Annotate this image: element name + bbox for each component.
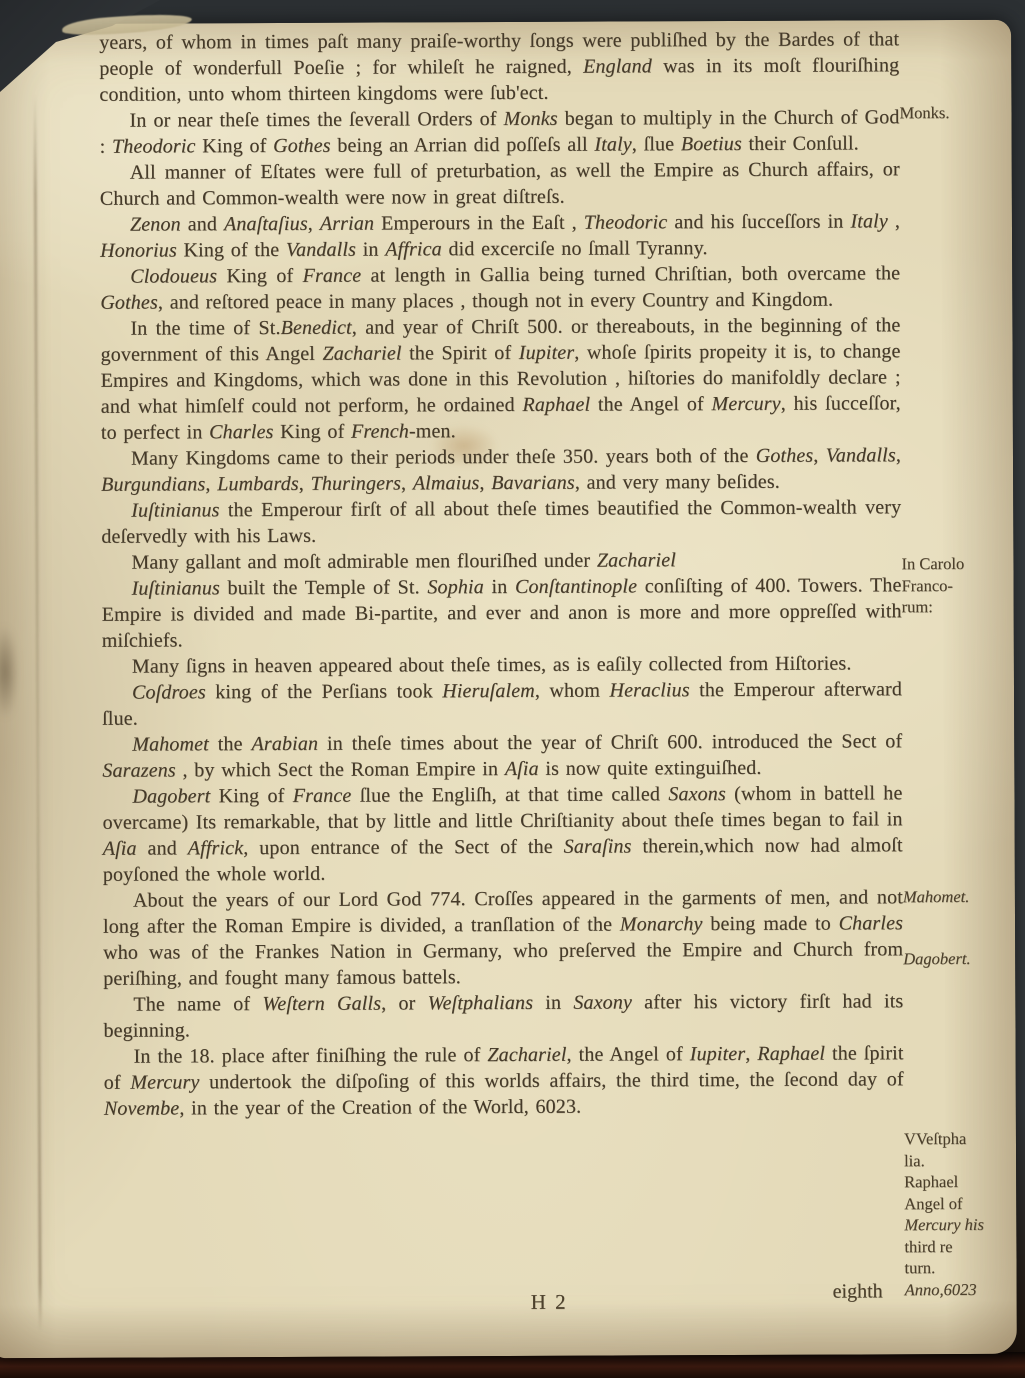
text-segment: Weſtphalians: [428, 992, 534, 1014]
margin-note-line: In Carolo: [901, 553, 1011, 575]
text-segment: being an Arrian did poſſeſs all: [331, 134, 595, 157]
text-segment: Heraclius: [609, 679, 689, 701]
text-segment: in: [356, 239, 385, 261]
margin-note-line: Anno,6023: [905, 1278, 1015, 1300]
margin-note-line: Mercury his: [904, 1214, 1014, 1236]
text-segment: Mercury: [711, 393, 780, 415]
text-segment: VVeſtpha: [904, 1129, 966, 1148]
text-segment: Italy: [594, 133, 632, 155]
text-segment: France: [303, 265, 362, 287]
text-segment: Dagobert: [132, 785, 210, 807]
text-segment: Many gallant and moſt admirable men flou…: [131, 550, 596, 574]
text-segment: Coſdroes: [132, 681, 206, 703]
text-segment: , and reſtored peace in many places , th…: [158, 289, 833, 314]
text-segment: Saraſins: [564, 835, 632, 857]
text-segment: Lumbards: [217, 473, 299, 495]
margin-note-line: third re: [904, 1235, 1014, 1257]
paper-crease: [33, 94, 41, 1332]
text-segment: Honorius: [100, 239, 177, 261]
text-segment: Raphael: [522, 394, 590, 416]
margin-note: Mahomet.: [903, 886, 1013, 908]
text-segment: Saxons: [668, 783, 726, 805]
text-segment: Iupiter: [690, 1043, 746, 1065]
text-segment: Bavarians: [491, 472, 575, 494]
text-segment: rum:: [902, 597, 933, 616]
text-segment: and: [181, 213, 224, 235]
text-segment: the Spirit of: [402, 342, 519, 365]
text-segment: in: [533, 992, 573, 1014]
paper-edge-smudge: [0, 624, 18, 720]
text-segment: Iuſtinianus: [132, 577, 220, 599]
text-segment: Saxony: [573, 991, 632, 1013]
text-segment: Aſia: [103, 838, 137, 860]
text-segment: Anaſtaſius: [224, 213, 308, 235]
text-segment: at length in Gallia being turned Chriſti…: [361, 262, 900, 286]
text-segment: being made to: [702, 913, 838, 936]
text-segment: King of: [273, 421, 351, 443]
text-segment: undertook the diſpoſing of this worlds a…: [199, 1068, 903, 1093]
text-segment: French: [351, 420, 409, 442]
paragraph: About the years of our Lord God 774. Cro…: [103, 884, 903, 991]
text-segment: ,: [896, 444, 901, 466]
text-segment: the Emperour firſt of all about theſe ti…: [101, 496, 901, 547]
paragraph: The name of Weſtern Galls, or Weſtphalia…: [103, 988, 903, 1043]
text-segment: Mercury: [130, 1071, 199, 1093]
text-segment: turn.: [904, 1258, 935, 1277]
text-segment: did excerciſe no ſmall Tyranny.: [442, 237, 708, 260]
margin-note-line: Angel of: [904, 1192, 1014, 1214]
text-segment: the: [209, 733, 252, 755]
text-segment: England: [583, 55, 652, 77]
text-segment: Anno,6023: [905, 1279, 977, 1298]
text-segment: , ſlue: [632, 133, 681, 155]
text-segment: King of: [217, 265, 303, 287]
margin-note: Monks.: [899, 102, 1009, 124]
text-segment: Novembe: [104, 1097, 180, 1119]
paragraph: Iuſtinianus the Emperour firſt of all ab…: [101, 494, 901, 549]
text-segment: , upon entrance of the Sect of the: [243, 836, 564, 859]
paragraph: Zenon and Anaſtaſius, Arrian Emperours i…: [100, 208, 900, 263]
catchword: eighth: [833, 1280, 883, 1303]
text-segment: Zachariel: [322, 342, 401, 364]
paragraph: In the 18. place after finiſhing the rul…: [104, 1040, 904, 1121]
text-segment: Iuſtinianus: [131, 499, 219, 521]
text-segment: , in the year of the Creation of the Wor…: [179, 1096, 581, 1120]
text-block: years, of whom in times paſt many praiſe…: [99, 26, 904, 1121]
text-segment: Angel of: [904, 1194, 962, 1213]
margin-note: VVeſtphalia.RaphaelAngel ofMercury histh…: [904, 1128, 1015, 1300]
text-segment: , by which Sect the Roman Empire in: [176, 758, 505, 781]
text-segment: lia.: [904, 1151, 925, 1170]
text-segment: In Carolo: [901, 554, 964, 573]
text-segment: third re: [904, 1237, 952, 1256]
text-segment: ,: [205, 473, 217, 495]
text-segment: Sarazens: [102, 759, 176, 781]
text-segment: ,: [299, 473, 311, 495]
text-segment: Theodoric: [112, 135, 196, 157]
margin-note-line: Dagobert.: [903, 948, 1013, 970]
margin-note-line: Mahomet.: [903, 886, 1013, 908]
text-segment: Almaius: [413, 472, 480, 494]
text-segment: their Conſull.: [742, 132, 859, 155]
text-segment: Affrica: [385, 238, 442, 260]
text-segment: and his ſucceſſors in: [667, 210, 850, 233]
paragraph: Many ſigns in heaven appeared about theſ…: [102, 650, 902, 679]
text-segment: King of the: [177, 239, 286, 261]
margin-note-line: Monks.: [899, 102, 1009, 124]
text-segment: ,: [813, 445, 826, 467]
text-segment: , the Angel of: [566, 1043, 689, 1066]
text-segment: King of: [196, 135, 274, 157]
text-segment: Charles: [209, 421, 273, 443]
text-segment: ,: [888, 210, 900, 232]
text-segment: Weſtern Galls: [262, 993, 381, 1016]
text-segment: Monarchy: [620, 913, 703, 935]
text-segment: Zachariel: [487, 1044, 566, 1066]
text-segment: Theodoric: [584, 211, 668, 233]
paragraph: years, of whom in times paſt many praiſe…: [99, 26, 899, 107]
text-segment: Benedict: [281, 317, 352, 339]
text-segment: and: [137, 837, 188, 859]
text-segment: Monks.: [899, 103, 949, 122]
text-segment: in: [484, 576, 515, 598]
margin-note-line: VVeſtpha: [904, 1128, 1014, 1150]
text-segment: King of: [210, 785, 293, 807]
text-segment: ſlue the Engliſh, at that time called: [351, 783, 668, 806]
text-segment: Zachariel: [597, 549, 676, 571]
text-segment: Monks: [504, 108, 558, 130]
text-segment: Emperours in the Eaſt ,: [374, 212, 584, 235]
text-segment: Many ſigns in heaven appeared about theſ…: [132, 652, 852, 677]
text-segment: in theſe times about the year of Chriſt …: [318, 730, 902, 755]
text-segment: king of the Perſians took: [206, 680, 443, 703]
text-segment: who was of the Frankes Nation in Germany…: [103, 938, 903, 989]
paper-page: years, of whom in times paſt many praiſe…: [0, 20, 1017, 1358]
paragraph: Coſdroes king of the Perſians took Hieru…: [102, 676, 902, 731]
margin-note-line: turn.: [904, 1257, 1014, 1279]
text-segment: , whom: [535, 680, 610, 702]
text-segment: Dagobert.: [903, 949, 970, 968]
text-segment: In or near theſe times the ſeverall Orde…: [129, 108, 503, 132]
text-segment: Boetius: [681, 133, 742, 155]
margin-note-line: Raphael: [904, 1171, 1014, 1193]
text-segment: the Angel of: [590, 393, 711, 416]
paragraph: Many Kingdoms came to their periods unde…: [101, 442, 901, 497]
text-segment: Italy: [850, 210, 888, 232]
text-segment: built the Temple of St.: [220, 576, 428, 599]
text-segment: ,: [308, 213, 320, 235]
margin-note-line: rum:: [902, 596, 1012, 618]
text-segment: ,: [745, 1043, 757, 1065]
text-segment: Affrick: [188, 837, 244, 859]
text-segment: The name of: [133, 993, 262, 1016]
margin-note-line: Franco-: [902, 574, 1012, 596]
text-segment: Zenon: [130, 213, 181, 235]
text-segment: France: [293, 785, 352, 807]
text-segment: , and very many beſides.: [575, 471, 780, 494]
text-segment: Franco-: [902, 576, 953, 595]
text-segment: In the 18. place after finiſhing the rul…: [134, 1044, 488, 1068]
text-segment: Arrian: [320, 213, 374, 235]
signature-mark: H 2: [531, 1290, 568, 1315]
text-segment: Many Kingdoms came to their periods unde…: [131, 445, 756, 470]
paragraph: Mahomet the Arabian in theſe times about…: [102, 728, 902, 783]
text-segment: Raphael: [757, 1043, 825, 1065]
text-segment: Gothes: [756, 445, 814, 467]
text-segment: Hieruſalem: [442, 680, 535, 702]
text-segment: ,: [479, 472, 491, 494]
text-segment: Vandalls: [286, 239, 356, 261]
text-segment: Iupiter: [519, 342, 575, 364]
text-segment: In the time of St.: [130, 317, 280, 340]
text-segment: Thuringers: [311, 472, 402, 494]
margin-note-line: lia.: [904, 1149, 1014, 1171]
text-segment: Aſia: [505, 758, 539, 780]
paragraph: Clodoueus King of France at length in Ga…: [100, 260, 900, 315]
margin-note: Dagobert.: [903, 948, 1013, 970]
margin-note: In CaroloFranco-rum:: [901, 553, 1011, 618]
book-page-scan: years, of whom in times paſt many praiſe…: [0, 0, 1025, 1378]
text-segment: Raphael: [904, 1172, 958, 1191]
text-segment: is now quite extinguiſhed.: [539, 757, 762, 780]
text-segment: Charles: [839, 912, 903, 934]
text-segment: Mahomet: [132, 733, 209, 755]
text-segment: All manner of Eſtates were full of pretu…: [100, 158, 900, 209]
text-segment: Gothes: [273, 135, 331, 157]
text-segment: Mercury his: [904, 1215, 984, 1234]
paragraph: Many gallant and moſt admirable men flou…: [101, 546, 901, 575]
text-segment: -men.: [409, 420, 456, 442]
text-segment: ,: [401, 472, 413, 494]
paragraph: Dagobert King of France ſlue the Engliſh…: [102, 780, 902, 887]
text-segment: Burgundians: [101, 473, 205, 495]
text-segment: Mahomet.: [903, 887, 970, 906]
paragraph: In or near theſe times the ſeverall Orde…: [99, 104, 899, 159]
paragraph: Iuſtinianus built the Temple of St. Soph…: [102, 572, 902, 653]
text-segment: Arabian: [251, 733, 318, 755]
text-segment: Gothes: [100, 292, 158, 314]
text-segment: Vandalls: [826, 444, 896, 466]
paragraph: All manner of Eſtates were full of pretu…: [100, 156, 900, 211]
text-segment: , or: [381, 992, 428, 1014]
paragraph: In the time of St.Benedict, and year of …: [100, 312, 901, 445]
text-segment: Clodoueus: [130, 265, 217, 287]
text-segment: Sophia: [427, 576, 484, 598]
text-segment: Conſtantinople: [515, 575, 637, 598]
